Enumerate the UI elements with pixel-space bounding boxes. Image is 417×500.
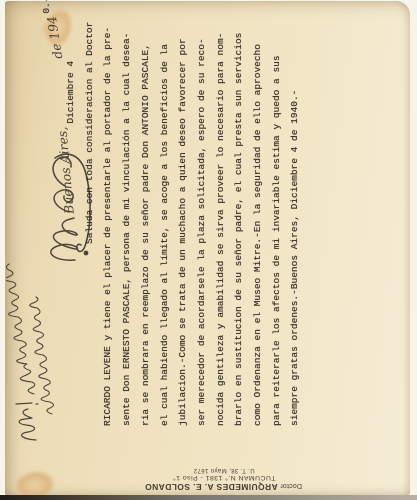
body-line: el cual habiendo llegado al límite, se a… — [156, 16, 175, 426]
body-line: brarlo en sustitucion de su señor padre,… — [230, 16, 249, 426]
body-line: RICARDO LEVENE y tiene el placer de pres… — [99, 16, 118, 426]
letterhead-name-text: ARQUIMEDES A. E. SOLDANO — [145, 482, 278, 492]
typed-letter-body: Buenos Aires,Diciembre 4de 1940.- Saluda… — [60, 16, 304, 426]
scanned-letter: Buenos Aires,Diciembre 4de 1940.- Saluda… — [0, 0, 417, 500]
letterhead: Doctor ARQUIMEDES A. E. SOLDANO TUCUMAN … — [146, 456, 302, 492]
letterhead-name: Doctor ARQUIMEDES A. E. SOLDANO — [146, 482, 302, 492]
body-line: para reiterarle los afectos de mi invari… — [268, 16, 287, 426]
letterhead-address: TUCUMAN N.° 1381 - Piso 1° — [146, 474, 302, 481]
letterhead-phone: U. T. 38, Mayo 1672 — [146, 467, 302, 473]
letterhead-title: Doctor — [280, 482, 302, 489]
body-line: ria se nombrara en reemplazo de su señor… — [137, 16, 156, 426]
scanner-edge-shadow — [0, 495, 417, 500]
body-line: sente Don ERNESTO PASCALE, persona de mi… — [118, 16, 137, 426]
body-line: nocida gentileza y amabilidad se sirva p… — [212, 16, 231, 426]
body-line: jubilacion.-Como se trata de un muchacho… — [174, 16, 193, 426]
typed-date: Diciembre 4 — [65, 61, 76, 124]
body-line: ser merecedor de acordarsele la plaza so… — [193, 16, 212, 426]
body-line: Saluda con toda consideracion al Doctor — [81, 16, 100, 426]
date-line: Buenos Aires,Diciembre 4de 1940.- — [60, 16, 81, 426]
body-line: como Ordenanza en el Museo Mitre.-En la … — [249, 16, 268, 426]
body-line: siempre gratas ordenes.-Buenos Aires, Di… — [286, 16, 305, 426]
typed-year-end: 0.- — [38, 0, 57, 14]
